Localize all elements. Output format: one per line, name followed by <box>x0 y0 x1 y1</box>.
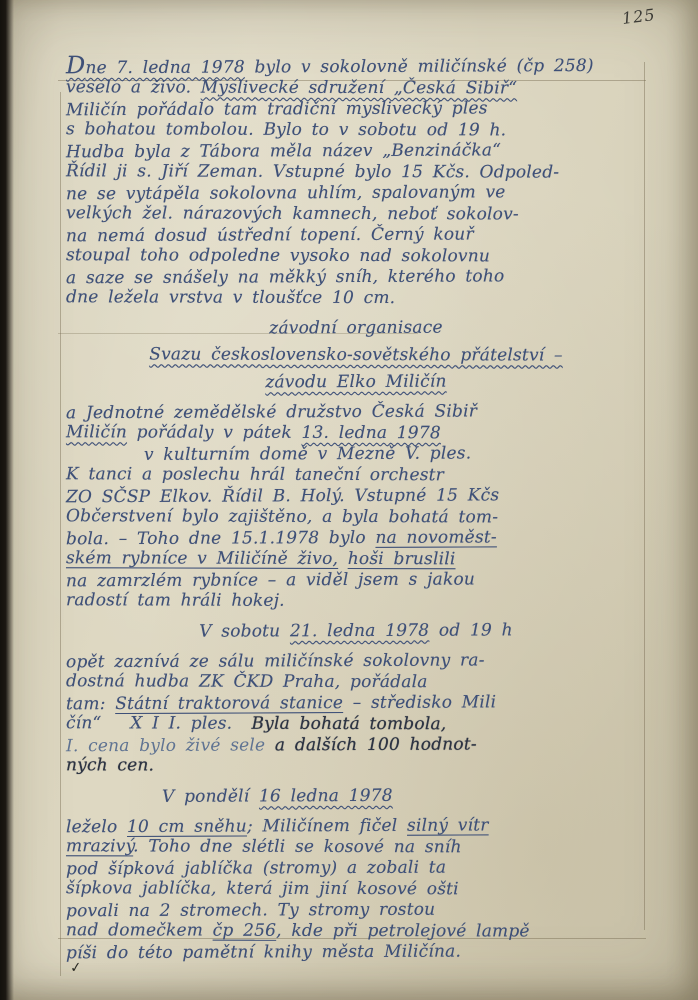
text-segment: , kde při petrolejové lampě <box>276 921 530 942</box>
page-number: 125 <box>621 5 657 28</box>
manuscript-line: Řídil ji s. Jiří Zeman. Vstupné bylo 15 … <box>66 161 646 184</box>
manuscript-line: pod šípková jablíčka (stromy) a zobali t… <box>66 857 646 881</box>
text-segment: na novoměst- <box>375 527 496 548</box>
text-segment: nad domečkem <box>66 920 213 940</box>
text-segment: závodní organisace <box>269 318 443 339</box>
text-segment: Miličín <box>66 422 127 442</box>
text-segment: povali na 2 stromech. Ty stromy rostou <box>66 900 435 922</box>
manuscript-line: v kulturním domě v Mezně V. ples. <box>66 443 646 467</box>
text-segment: bylo v sokolovně miličínské (čp 258) <box>245 56 594 78</box>
paragraph: Dne 7. ledna 1978 bylo v sokolovně milič… <box>66 54 646 309</box>
text-segment: dostná hudba ZK ČKD Praha, pořádala <box>66 671 428 692</box>
manuscript-line: závodu Elko Miličín <box>66 368 646 398</box>
manuscript-line: Miličín pořádalo tam tradiční myslivecký… <box>66 98 646 122</box>
text-segment: 13. ledna 1978 <box>301 423 440 443</box>
text-segment: od 19 h <box>429 620 513 640</box>
text-segment: stoupal toho odpoledne vysoko nad sokolo… <box>66 245 490 266</box>
manuscript-line: a saze se snášely na měkký sníh, kterého… <box>66 266 646 290</box>
text-segment <box>338 549 348 569</box>
manuscript-line: ných cen. <box>66 755 646 778</box>
text-segment: Byla bohatá tombola, <box>251 714 446 735</box>
text-segment: 21. ledna 1978 <box>290 621 429 642</box>
manuscript-line: veselo a živo. Myslivecké sdružení „Česk… <box>66 77 646 100</box>
text-segment: veselo a živo. <box>66 77 201 97</box>
manuscript-line: Svazu československo-sovětského přátelst… <box>66 341 646 370</box>
manuscript-line: opět zaznívá ze sálu miličínské sokolovn… <box>66 650 646 674</box>
manuscript-line: I. cena bylo živé sele a dalších 100 hod… <box>66 734 646 758</box>
text-segment: čp 256 <box>213 921 277 941</box>
manuscript-line: ském rybníce v Miličíně živo, hoši brusl… <box>66 548 646 571</box>
manuscript-line: ne se vytápěla sokolovna uhlím, spalovan… <box>66 182 646 206</box>
text-segment: ZO SČSP Elkov. Řídil B. Holý. Vstupné 15… <box>66 485 499 507</box>
text-segment: na nemá dosud ústřední topení. Černý kou… <box>66 224 474 246</box>
manuscript-line: šípkova jablíčka, která jim jiní kosové … <box>66 878 646 901</box>
text-segment: Státní traktorová stanice <box>115 693 343 714</box>
manuscript-line: nad domečkem čp 256, kde při petrolejové… <box>66 920 646 943</box>
text-segment: ne se vytápěla sokolovna uhlím, spalovan… <box>66 182 506 204</box>
text-segment: K tanci a poslechu hrál taneční orchestr <box>66 464 444 485</box>
text-segment: V sobotu <box>199 621 290 641</box>
text-segment: a dalších 100 hodnot- <box>275 734 477 755</box>
manuscript-text: Dne 7. ledna 1978 bylo v sokolovně milič… <box>66 54 646 963</box>
text-segment: hoši bruslili <box>348 549 456 569</box>
manuscript-line: dne ležela vrstva v tloušťce 10 cm. <box>66 287 646 310</box>
manuscript-line: a Jednotné zemědělské družstvo Česká Sib… <box>66 401 646 425</box>
margin-rule-left <box>60 92 61 976</box>
text-segment: Hudba byla z Tábora měla název „Benzináč… <box>66 140 501 162</box>
text-segment: velkých žel. nárazových kamnech, neboť s… <box>66 203 519 224</box>
manuscript-line: s bohatou tombolou. Bylo to v sobotu od … <box>66 119 646 142</box>
manuscript-line: Miličín pořádaly v pátek 13. ledna 1978 <box>66 422 646 445</box>
text-segment: šípkova jablíčka, která jim jiní kosové … <box>66 878 459 899</box>
text-segment: v kulturním domě v Mezně V. ples. <box>144 443 471 464</box>
text-segment: ; Miličínem fičel <box>247 816 407 837</box>
manuscript-line: Dne 7. ledna 1978 bylo v sokolovně milič… <box>66 53 646 80</box>
manuscript-line: na zamrzlém rybníce – a viděl jsem s jak… <box>66 569 646 593</box>
book-gutter-edge <box>0 0 14 1000</box>
text-segment: Miličín pořádalo tam tradiční myslivecký… <box>66 98 488 120</box>
text-segment: závodu Elko Miličín <box>265 372 446 393</box>
text-segment: V pondělí <box>162 786 259 806</box>
text-segment: 10 cm sněhu <box>127 816 247 837</box>
manuscript-line: závodní organisace <box>66 314 646 344</box>
manuscript-line: K tanci a poslechu hrál taneční orchestr <box>66 464 646 487</box>
text-segment: radostí tam hráli hokej. <box>66 590 285 611</box>
text-segment: Svazu československo-sovětského přátelst… <box>149 344 563 365</box>
scanned-chronicle-page: 125 Dne 7. ledna 1978 bylo v sokolovně m… <box>0 0 698 1000</box>
text-segment: dne ležela vrstva v tloušťce 10 cm. <box>66 287 395 308</box>
manuscript-line: V pondělí 16 ledna 1978 <box>66 782 646 812</box>
text-segment: leželo <box>66 817 127 837</box>
text-segment: – středisko Mili <box>343 692 496 713</box>
paragraph: a Jednotné zemědělské družstvo Česká Sib… <box>66 402 646 612</box>
manuscript-line: velkých žel. nárazových kamnech, neboť s… <box>66 203 646 226</box>
text-segment: píši do této pamětní knihy města Miličín… <box>66 942 461 964</box>
manuscript-line: na nemá dosud ústřední topení. Černý kou… <box>66 224 646 248</box>
manuscript-line: mrazivý. Toho dne slétli se kosové na sn… <box>66 836 646 859</box>
heading-block: V sobotu 21. ledna 1978 od 19 h <box>66 618 646 645</box>
text-segment: I. cena bylo živé sele <box>66 735 275 756</box>
manuscript-line: stoupal toho odpoledne vysoko nad sokolo… <box>66 245 646 268</box>
manuscript-line: píši do této pamětní knihy města Miličín… <box>66 941 646 965</box>
text-segment: Občerstvení bylo zajištěno, a byla bohat… <box>66 506 498 527</box>
text-segment: a saze se snášely na měkký sníh, kterého… <box>66 266 505 288</box>
manuscript-line: Hudba byla z Tábora měla název „Benzináč… <box>66 140 646 164</box>
text-segment: ském rybníce v Miličíně živo, <box>66 548 338 569</box>
text-segment: Dne 7. ledna 1978 <box>66 57 245 78</box>
manuscript-line: Občerstvení bylo zajištěno, a byla bohat… <box>66 506 646 529</box>
text-segment: 16 ledna 1978 <box>259 786 393 807</box>
text-segment: a Jednotné zemědělské družstvo Česká Sib… <box>66 401 477 423</box>
text-segment: mrazivý <box>66 836 133 856</box>
text-segment: na zamrzlém rybníce – a viděl jsem s jak… <box>66 569 475 591</box>
manuscript-line: tam: Státní traktorová stanice – středis… <box>66 692 646 716</box>
paragraph: leželo 10 cm sněhu; Miličínem fičel siln… <box>66 816 646 963</box>
manuscript-line: V sobotu 21. ledna 1978 od 19 h <box>66 617 646 647</box>
text-segment: . Toho dne slétli se kosové na sníh <box>133 836 462 857</box>
manuscript-line: ZO SČSP Elkov. Řídil B. Holý. Vstupné 15… <box>66 485 646 509</box>
text-segment: s bohatou tombolou. Bylo to v sobotu od … <box>66 119 506 140</box>
manuscript-line: dostná hudba ZK ČKD Praha, pořádala <box>66 671 646 694</box>
text-segment: Myslivecké sdružení „Česká Sibiř“ <box>201 78 517 99</box>
text-segment: silný vítr <box>407 815 489 835</box>
manuscript-line: radostí tam hráli hokej. <box>66 590 646 613</box>
heading-block: V pondělí 16 ledna 1978 <box>66 783 646 810</box>
manuscript-line: bola. – Toho dne 15.1.1978 bylo na novom… <box>66 527 646 551</box>
text-segment: opět zaznívá ze sálu miličínské sokolovn… <box>66 650 485 672</box>
manuscript-line: leželo 10 cm sněhu; Miličínem fičel siln… <box>66 815 646 839</box>
text-segment: čín“ X I I. ples. <box>66 713 252 733</box>
text-segment: tam: <box>66 694 115 714</box>
text-segment: bola. – Toho dne 15.1.1978 bylo <box>66 528 376 549</box>
text-segment: pod šípková jablíčka (stromy) a zobali t… <box>66 858 446 880</box>
heading-block: závodní organisaceSvazu československo-s… <box>66 315 646 396</box>
checkmark: ✓ <box>69 959 82 976</box>
text-segment: ných cen. <box>66 755 154 775</box>
manuscript-line: čín“ X I I. ples. Byla bohatá tombola, <box>66 713 646 736</box>
manuscript-line: povali na 2 stromech. Ty stromy rostou <box>66 899 646 923</box>
paragraph: opět zaznívá ze sálu miličínské sokolovn… <box>66 651 646 777</box>
text-segment: pořádaly v pátek <box>127 422 302 442</box>
text-segment: Řídil ji s. Jiří Zeman. Vstupné bylo 15 … <box>66 161 559 182</box>
